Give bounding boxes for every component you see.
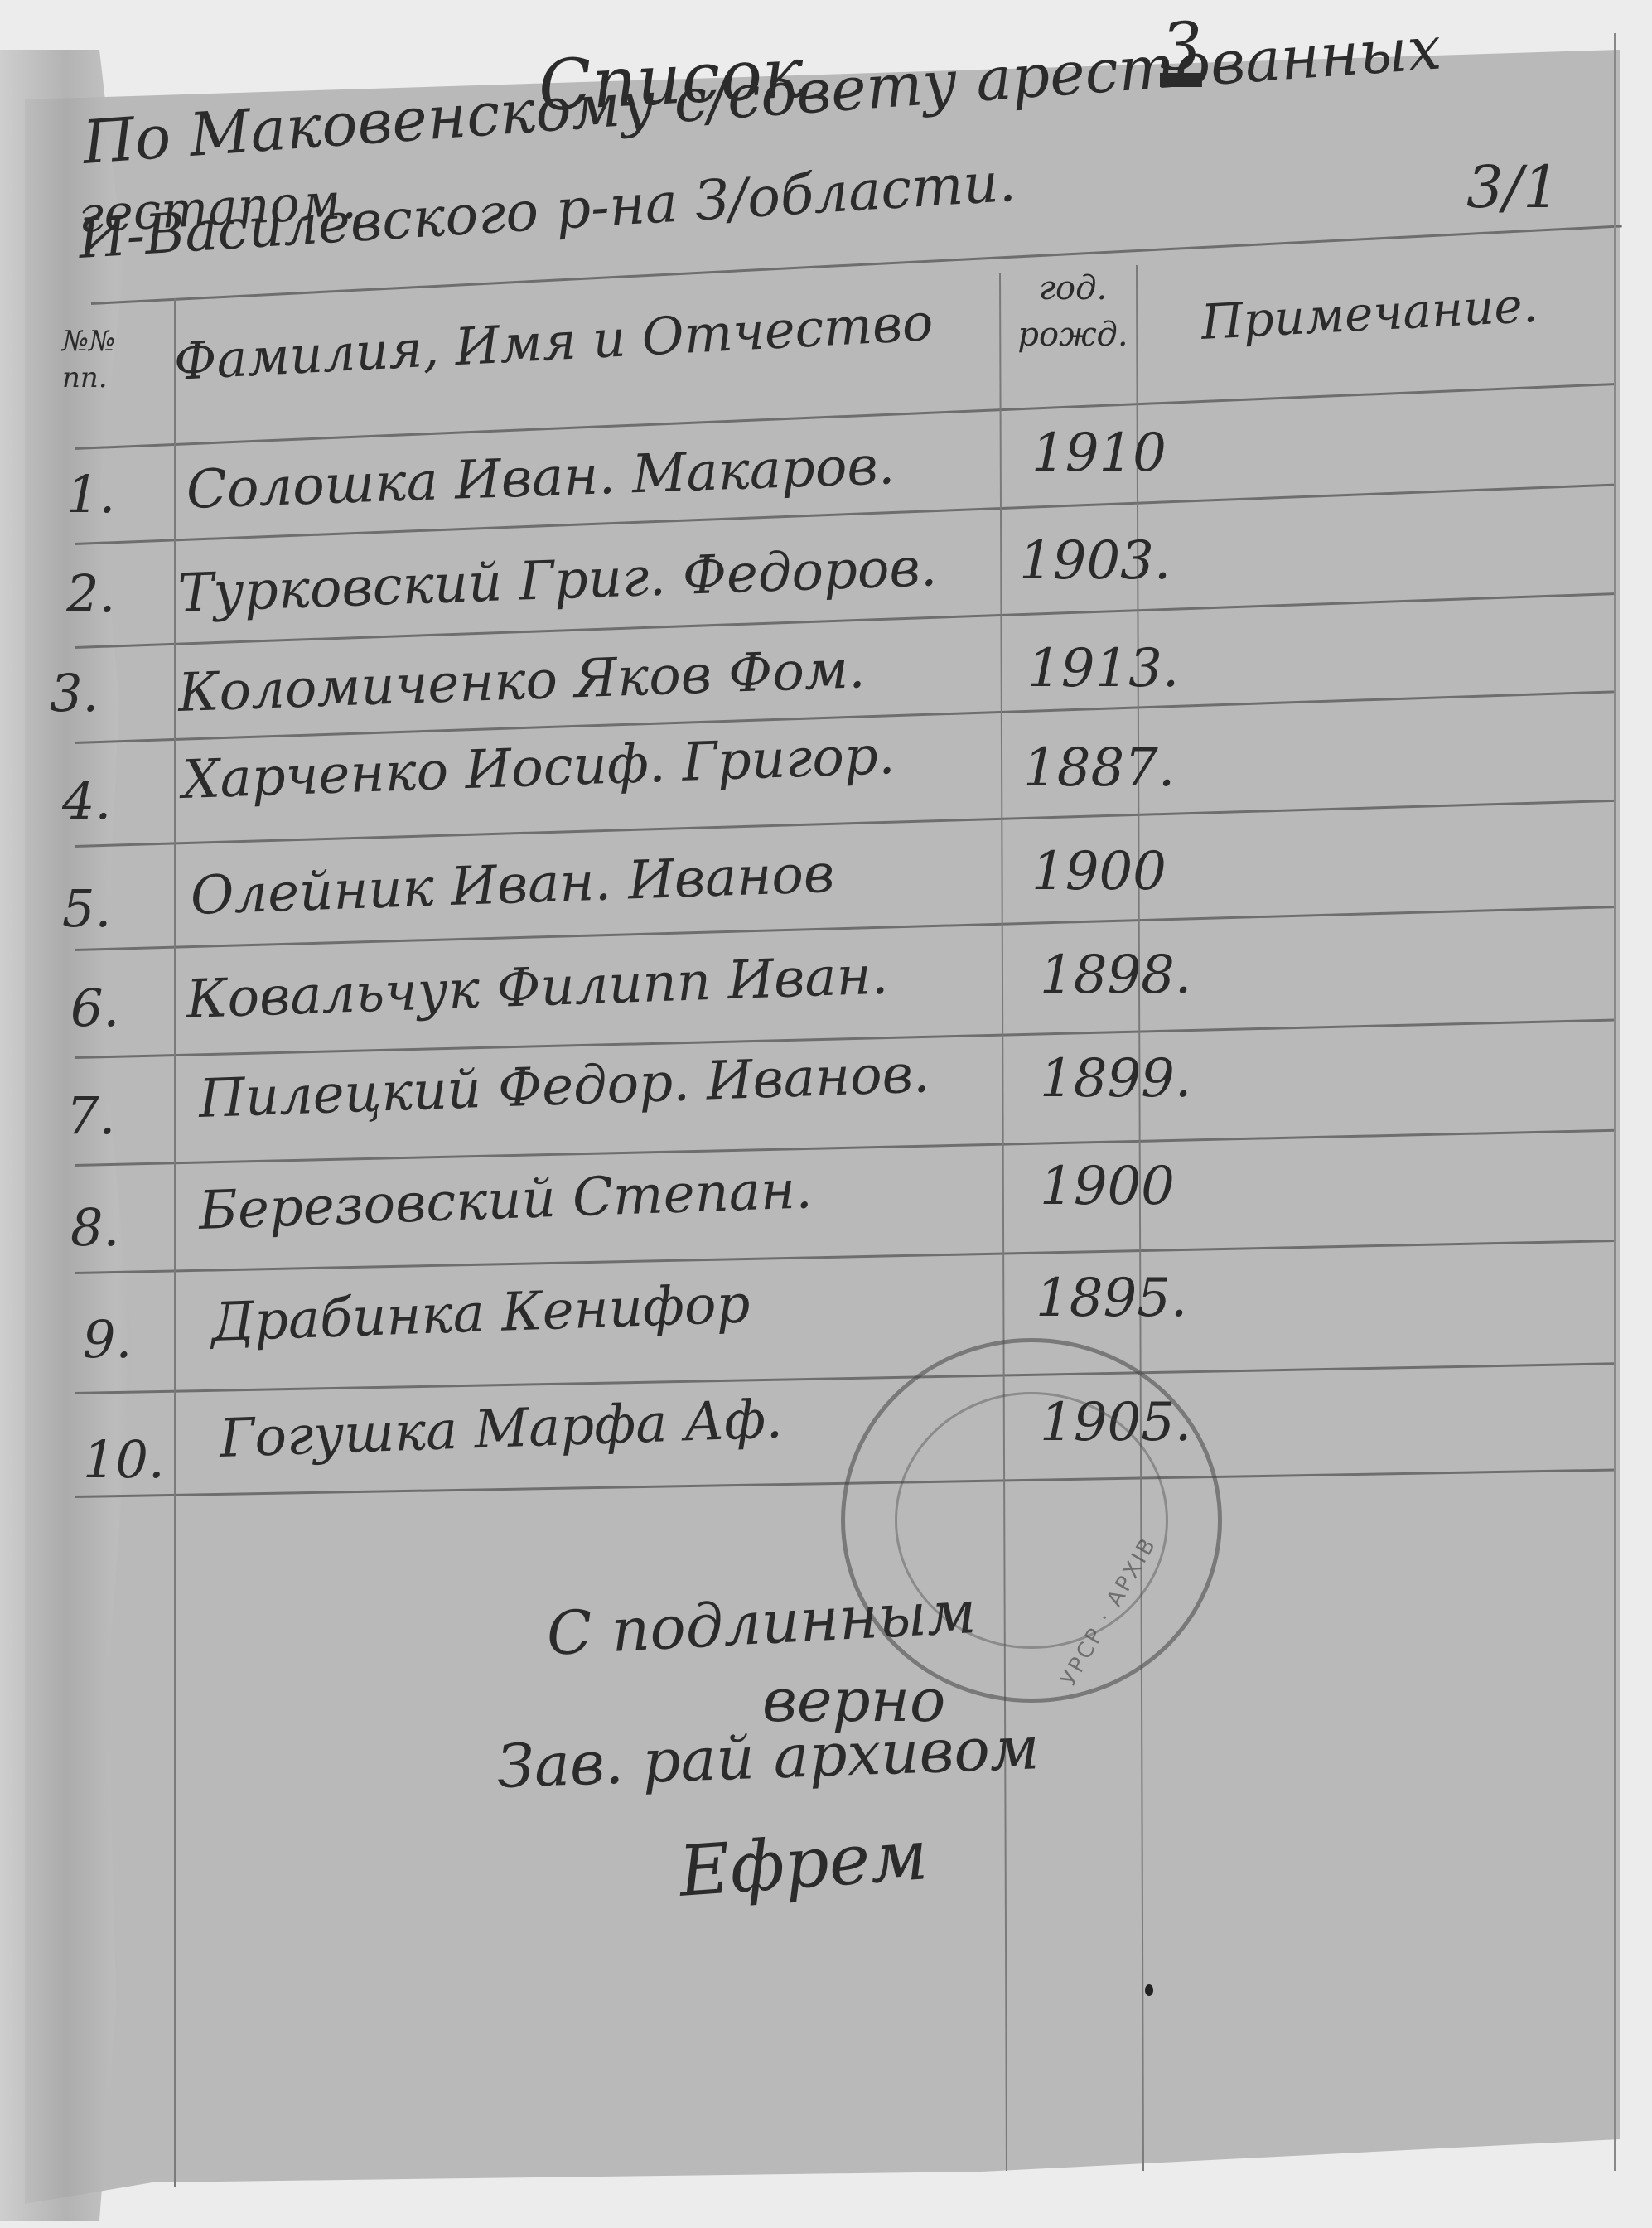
- row-year: 1895.: [1036, 1268, 1187, 1329]
- ink-spot: [1145, 1984, 1153, 1996]
- row-number: 8.: [70, 1197, 119, 1258]
- row-number: 2.: [66, 563, 115, 624]
- row-number: 9.: [83, 1309, 132, 1370]
- row-year: 1887.: [1023, 737, 1175, 799]
- column-header-number: №№ пп.: [62, 323, 153, 396]
- column-header-year: год. рожд.: [1015, 265, 1131, 358]
- archive-mark: 3/1: [1466, 153, 1560, 221]
- column-divider-number: [174, 298, 176, 2187]
- row-year: 1898.: [1040, 945, 1191, 1006]
- row-number: 1.: [66, 464, 115, 524]
- row-year: 1913.: [1027, 638, 1179, 699]
- row-year: 1910: [1031, 423, 1167, 484]
- row-year: 1900: [1040, 1156, 1175, 1217]
- row-number: 6.: [70, 978, 119, 1038]
- signature: Ефрем: [677, 1814, 930, 1912]
- row-number: 5.: [62, 878, 111, 939]
- row-number: 10.: [83, 1429, 165, 1490]
- row-year: 1900: [1031, 841, 1167, 902]
- row-number: 3.: [50, 663, 99, 723]
- page-right-edge: [1614, 33, 1616, 2171]
- row-year: 1903.: [1019, 530, 1171, 592]
- row-year: 1899.: [1040, 1048, 1191, 1109]
- row-number: 4.: [62, 771, 111, 831]
- row-number: 7.: [66, 1085, 115, 1146]
